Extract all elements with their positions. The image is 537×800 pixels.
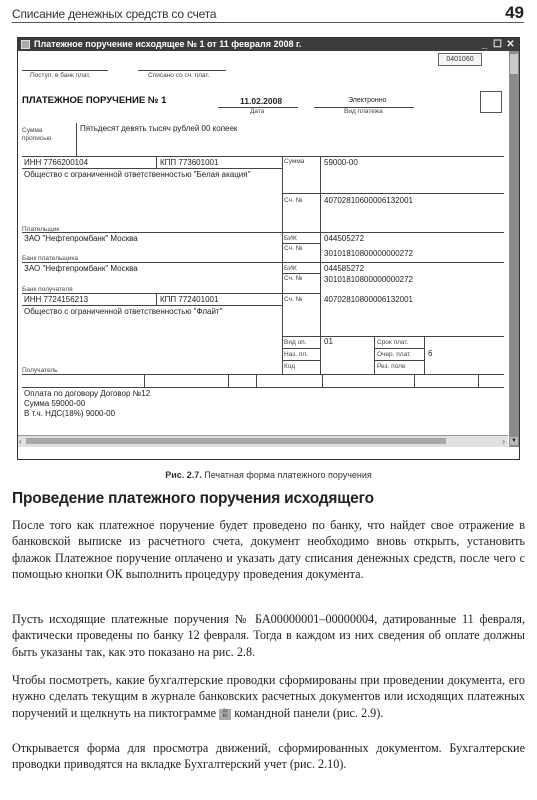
maximize-button[interactable]: ☐	[492, 38, 503, 51]
payee-bank-bik-label: БИК	[284, 265, 297, 272]
payer-bank-label: Банк плательщика	[22, 255, 78, 262]
payee-account-label: Сч. №	[284, 296, 303, 303]
payee-account: 40702810800006132001	[324, 295, 413, 304]
payee-bank: ЗАО "Нефтепромбанк" Москва	[24, 264, 138, 273]
amount-value: 59000-00	[324, 158, 358, 167]
purpose-line-1: Оплата по договору Договор №12	[24, 389, 150, 398]
payer-name: Общество с ограниченной ответственностью…	[24, 170, 250, 179]
dt-kt-icon: Дт Кт	[219, 709, 231, 720]
received-line	[22, 70, 108, 71]
running-head: Списание денежных средств со счета 49	[12, 6, 524, 23]
payee-bank-label: Банк получателя	[22, 286, 73, 293]
horizontal-scroll-thumb[interactable]	[26, 438, 446, 444]
divider	[256, 374, 257, 387]
divider	[22, 387, 504, 388]
divider	[282, 348, 320, 349]
payer-bank-corr-label: Сч. №	[284, 245, 303, 252]
paragraph-1: После того как платежное поручение будет…	[12, 517, 525, 583]
divider	[156, 156, 157, 168]
divider	[478, 374, 479, 387]
divider	[22, 232, 504, 233]
divider	[282, 243, 320, 244]
divider	[282, 156, 283, 374]
purpose-label: Наз. пл.	[284, 351, 308, 358]
divider	[22, 374, 504, 375]
payee-inn: ИНН 7724156213	[24, 295, 88, 304]
divider	[22, 262, 504, 263]
debited-line	[138, 70, 226, 71]
form-title: ПЛАТЕЖНОЕ ПОРУЧЕНИЕ № 1	[22, 95, 166, 106]
divider	[374, 360, 424, 361]
divider	[374, 336, 375, 374]
paragraph-3-tail: командной панели (рис. 2.9).	[231, 706, 383, 720]
figure-caption: Рис. 2.7. Печатная форма платежного пору…	[0, 470, 537, 480]
section-heading: Проведение платежного поручения исходяще…	[12, 490, 374, 508]
vertical-scrollbar[interactable]: ▼	[509, 51, 519, 447]
payee-bank-bik: 044585272	[324, 264, 364, 273]
payer-kpp: КПП 773601001	[160, 158, 218, 167]
amount-label: Сумма	[284, 158, 304, 165]
divider	[22, 156, 504, 157]
payee-kpp: КПП 772401001	[160, 295, 218, 304]
purpose-line-3: В т.ч. НДС(18%) 9000-00	[24, 409, 115, 418]
scroll-right-icon[interactable]: ›	[502, 436, 505, 447]
amount-words-label-2: прописью	[22, 135, 51, 142]
minimize-button[interactable]: _	[479, 38, 490, 51]
payee-bank-corr-label: Сч. №	[284, 275, 303, 282]
received-label: Поступ. в банк плат.	[30, 72, 91, 79]
code-label: Код	[284, 363, 295, 370]
figure-caption-text: Печатная форма платежного поручения	[202, 470, 372, 480]
payer-account: 40702810600006132001	[324, 196, 413, 205]
priority-value: 6	[428, 349, 432, 358]
okud-code: 0401060	[438, 53, 482, 66]
horizontal-scrollbar[interactable]: ‹ ›	[18, 435, 508, 447]
divider	[156, 293, 157, 305]
priority-label: Очер. плат.	[377, 351, 411, 358]
payee-bank-corr: 30101810800000000272	[324, 275, 413, 284]
scroll-left-icon[interactable]: ‹	[19, 436, 22, 447]
window-title: Платежное поручение исходящее № 1 от 11 …	[34, 38, 301, 51]
reserve-label: Рез. поле	[377, 363, 406, 370]
form-code-box	[480, 91, 502, 113]
payee-label: Получатель	[22, 367, 58, 374]
figure-label: Рис. 2.7.	[165, 470, 202, 480]
payer-inn: ИНН 7766200104	[24, 158, 88, 167]
divider	[414, 374, 415, 387]
date-value: 11.02.2008	[240, 96, 282, 106]
op-type-label: Вид оп.	[284, 339, 307, 346]
divider	[374, 348, 424, 349]
payer-account-label: Сч. №	[284, 197, 303, 204]
paragraph-3: Чтобы посмотреть, какие бухгалтерские пр…	[12, 672, 525, 721]
divider	[282, 193, 504, 194]
divider	[424, 336, 425, 374]
divider	[282, 360, 320, 361]
amount-words-value: Пятьдесят девять тысяч рублей 00 копеек	[80, 124, 237, 133]
op-type-value: 01	[324, 337, 333, 346]
date-label: Дата	[250, 108, 264, 115]
divider	[22, 168, 282, 169]
payer-bank-bik-label: БИК	[284, 235, 297, 242]
close-button[interactable]: ✕	[505, 38, 516, 51]
paragraph-2: Пусть исходящие платежные поручения № БА…	[12, 611, 525, 660]
payment-type-label: Вид платежа	[344, 108, 383, 115]
debited-label: Списано со сч. плат.	[148, 72, 210, 79]
document-icon	[21, 40, 30, 49]
purpose-line-2: Сумма 59000-00	[24, 399, 85, 408]
payer-bank: ЗАО "Нефтепромбанк" Москва	[24, 234, 138, 243]
paragraph-4: Открывается форма для просмотра движений…	[12, 740, 525, 773]
scroll-down-icon[interactable]: ▼	[510, 437, 518, 445]
payer-bank-bik: 044505272	[324, 234, 364, 243]
payment-type-value: Электронно	[348, 97, 387, 104]
print-form: 0401060 Поступ. в банк плат. Списано со …	[18, 51, 508, 447]
payer-bank-corr: 30101810800000000272	[324, 249, 413, 258]
running-head-title: Списание денежных средств со счета	[12, 7, 216, 21]
payee-name: Общество с ограниченной ответственностью…	[24, 307, 222, 316]
amount-words-label: Сумма	[22, 127, 42, 134]
payment-order-window: Платежное поручение исходящее № 1 от 11 …	[17, 37, 520, 460]
divider	[228, 374, 229, 387]
window-titlebar[interactable]: Платежное поручение исходящее № 1 от 11 …	[18, 38, 519, 51]
divider	[282, 273, 320, 274]
page-number: 49	[505, 3, 524, 23]
divider	[22, 305, 282, 306]
term-label: Срок плат.	[377, 339, 408, 346]
divider	[22, 293, 320, 294]
divider	[320, 156, 321, 374]
divider	[144, 374, 145, 387]
divider	[76, 123, 77, 156]
vertical-scroll-thumb[interactable]	[510, 54, 518, 74]
divider	[282, 336, 504, 337]
divider	[322, 374, 323, 387]
